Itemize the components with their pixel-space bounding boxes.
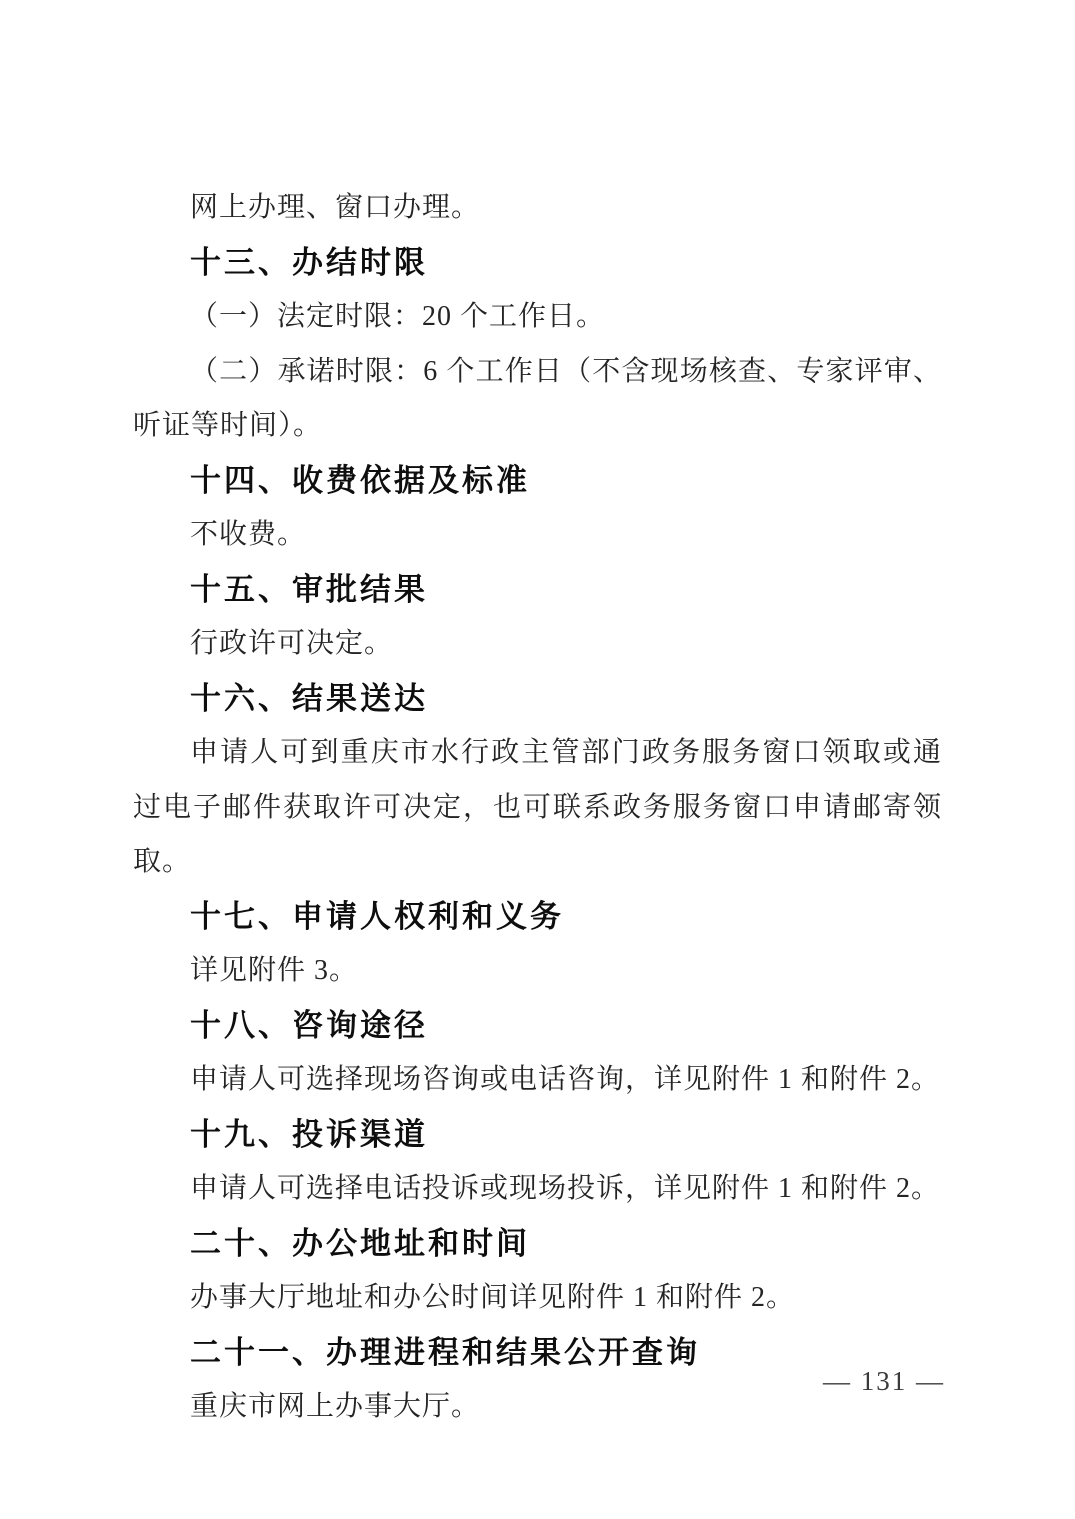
section-heading: 十四、收费依据及标准 [133, 454, 942, 509]
document-page: { "page": { "number_label": "— 131 —" },… [0, 0, 1075, 1519]
section-heading: 十三、办结时限 [133, 236, 942, 291]
section-heading: 二十、办公地址和时间 [133, 1217, 942, 1272]
body-paragraph: （二）承诺时限：6 个工作日（不含现场核查、专家评审、听证等时间）。 [133, 345, 942, 454]
body-paragraph: 不收费。 [133, 508, 942, 563]
body-paragraph: 办事大厅地址和办公时间详见附件 1 和附件 2。 [133, 1271, 942, 1326]
body-paragraph: 网上办理、窗口办理。 [133, 181, 942, 236]
document-body: 网上办理、窗口办理。十三、办结时限（一）法定时限：20 个工作日。（二）承诺时限… [133, 181, 942, 1435]
body-paragraph: 申请人可选择现场咨询或电话咨询，详见附件 1 和附件 2。 [133, 1053, 942, 1108]
body-paragraph: 申请人可选择电话投诉或现场投诉，详见附件 1 和附件 2。 [133, 1162, 942, 1217]
section-heading: 十六、结果送达 [133, 672, 942, 727]
section-heading: 十九、投诉渠道 [133, 1108, 942, 1163]
body-paragraph: 详见附件 3。 [133, 944, 942, 999]
body-paragraph: 行政许可决定。 [133, 617, 942, 672]
body-paragraph: 重庆市网上办事大厅。 [133, 1380, 942, 1435]
section-heading: 十五、审批结果 [133, 563, 942, 618]
section-heading: 十八、咨询途径 [133, 999, 942, 1054]
body-paragraph: 申请人可到重庆市水行政主管部门政务服务窗口领取或通过电子邮件获取许可决定，也可联… [133, 726, 942, 890]
section-heading: 十七、申请人权利和义务 [133, 890, 942, 945]
page-number: — 131 — [823, 1366, 945, 1397]
body-paragraph: （一）法定时限：20 个工作日。 [133, 290, 942, 345]
section-heading: 二十一、办理进程和结果公开查询 [133, 1326, 942, 1381]
